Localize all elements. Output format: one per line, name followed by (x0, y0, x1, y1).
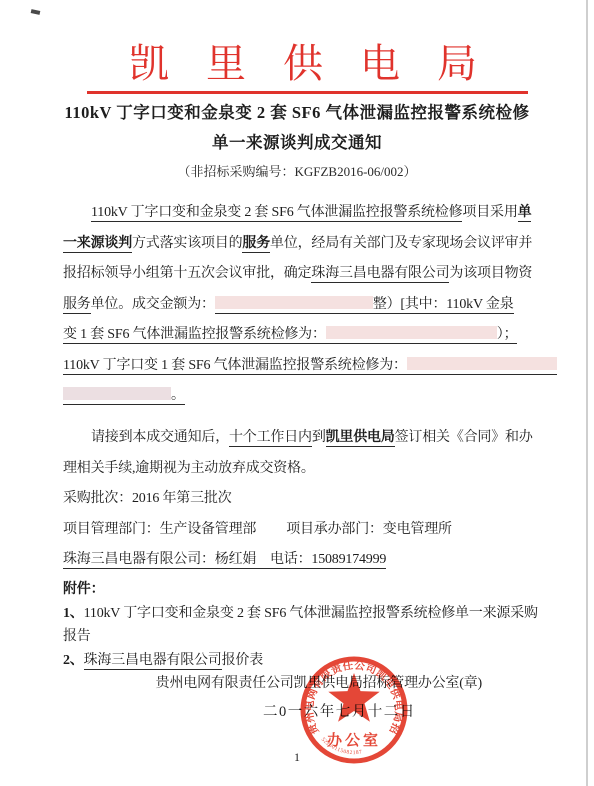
para1-text: 为该项目物资 (449, 266, 532, 281)
para1-line4: 服务单位。成交金额为：整）[其中：110kV 金泉 (63, 295, 532, 314)
amount-text: 变 1 套 SF6 气体泄漏监控报警系统检修为： (63, 327, 326, 342)
deadline-emphasis: 十个工作日内 (229, 430, 312, 447)
supplier-name: 珠海三昌电器有限公司 (311, 266, 449, 283)
amount-text: 110kV 丁字口变 1 套 SF6 气体泄漏监控报警系统检修为： (63, 358, 407, 373)
attachment-item-1: 1、110kV 丁字口变和金泉变 2 套 SF6 气体泄漏监控报警系统检修单一来… (63, 604, 532, 623)
para1-line1: 110kV 丁字口变和金泉变 2 套 SF6 气体泄漏监控报警系统检修项目采用单 (63, 203, 560, 222)
para1-line3: 报招标领导小组第十五次会议审批，确定珠海三昌电器有限公司为该项目物资 (63, 264, 532, 283)
redaction-block (407, 357, 557, 370)
para2-line1: 请接到本成交通知后，十个工作日内到凯里供电局签订相关《合同》和办 (63, 428, 560, 447)
para2-text: 到 (312, 430, 326, 445)
para1-text: 方式落实该项目的 (132, 236, 242, 251)
seal-star-icon (328, 673, 379, 722)
redaction-block (326, 326, 497, 339)
redaction-block (63, 387, 171, 400)
para1-line6: 110kV 丁字口变 1 套 SF6 气体泄漏监控报警系统检修为： (63, 356, 532, 375)
attachment-item-1-wrap: 报告 (63, 627, 532, 646)
service-word: 服务 (63, 297, 91, 314)
dept-management: 项目管理部门：生产设备管理部 (63, 522, 256, 537)
amount-text: 整）[其中：110kV 金泉 (373, 297, 514, 312)
para1-text: 项目采用 (462, 205, 517, 220)
attachment-number: 2、 (63, 653, 84, 668)
scan-artifact (31, 9, 41, 15)
para2-line2: 理相关手续,逾期视为主动放弃成交资格。 (63, 459, 532, 478)
amount-text: ）； (497, 327, 518, 342)
para1-line7: 。 (63, 386, 532, 405)
para2-text: 签订相关《合同》和办 (395, 430, 533, 445)
para1-text: 单位。成交金额为： (91, 297, 215, 312)
project-name: 110kV 丁字口变和金泉变 2 套 SF6 气体泄漏监控报警系统检修 (91, 205, 462, 222)
supplier-name: 珠海三昌电器有限公司 (84, 653, 222, 670)
document-page: 凯里供电局 110kV 丁字口变和金泉变 2 套 SF6 气体泄漏监控报警系统检… (0, 0, 594, 786)
dept-executing: 项目承办部门：变电管理所 (286, 522, 452, 537)
attachment-title: 110kV 丁字口变和金泉变 2 套 SF6 气体泄漏监控报警系统检修单一来源采… (84, 606, 538, 621)
method-emphasis: 单 (518, 205, 532, 222)
departments-line: 项目管理部门：生产设备管理部项目承办部门：变电管理所 (63, 520, 532, 539)
para2-text: 请接到本成交通知后， (91, 430, 229, 445)
doc-title-line1: 110kV 丁字口变和金泉变 2 套 SF6 气体泄漏监控报警系统检修 (0, 99, 594, 123)
supplier-contact-line: 珠海三昌电器有限公司：杨红娟 电话：15089174999 (63, 550, 532, 569)
page-number: 1 (0, 750, 594, 765)
para1-line2: 一来源谈判方式落实该项目的服务单位，经局有关部门及专家现场会议评审并 (63, 234, 532, 253)
service-emphasis: 服务 (242, 236, 270, 253)
method-emphasis: 一来源谈判 (63, 236, 132, 253)
attachment-title: 报价表 (222, 653, 263, 668)
attachment-number: 1、 (63, 606, 84, 621)
letterhead-rule (87, 91, 528, 94)
para1-line5: 变 1 套 SF6 气体泄漏监控报警系统检修为：）； (63, 325, 532, 344)
procurement-ref-number: （非招标采购编号：KGFZB2016-06/002） (0, 161, 594, 180)
organization-title: 凯里供电局 (129, 40, 514, 88)
attachments-header: 附件： (63, 580, 532, 599)
supplier-contact: 珠海三昌电器有限公司：杨红娟 电话：15089174999 (63, 552, 386, 569)
amount-text: 。 (171, 388, 185, 403)
doc-title-line2: 单一来源谈判成交通知 (0, 129, 594, 153)
redaction-block (215, 296, 373, 309)
purchase-batch: 采购批次：2016 年第三批次 (63, 489, 532, 508)
para1-text: 报招标领导小组第十五次会议审批，确定 (63, 266, 311, 281)
bureau-emphasis: 凯里供电局 (326, 430, 395, 447)
para1-text: 单位，经局有关部门及专家现场会议评审并 (270, 236, 532, 251)
